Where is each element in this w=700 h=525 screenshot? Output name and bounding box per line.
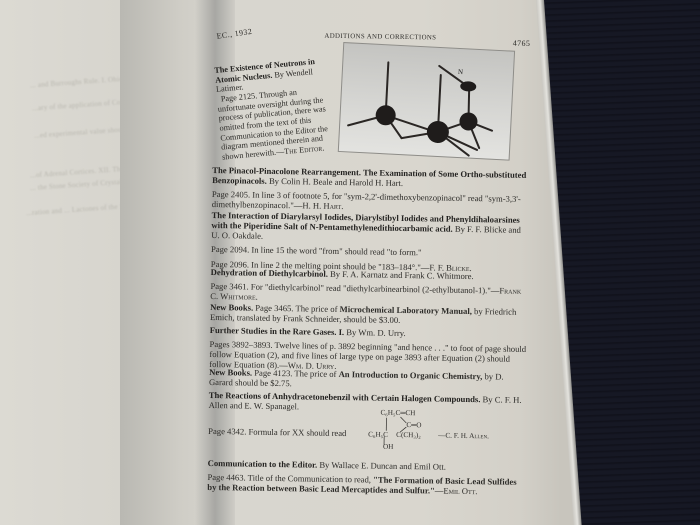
erratum-entry: The Pinacol-Pinacolone Rearrangement. Th…: [212, 165, 531, 215]
entry-title: New Books.: [210, 302, 253, 313]
entry-title: New Books.: [209, 367, 252, 378]
erratum-entry: Dehydration of Diethylcarbinol. By F. A.…: [210, 267, 529, 306]
formula-bonds-icon: [368, 414, 428, 447]
erratum-entry: The Interaction of Diarylarsyl Iodides, …: [211, 210, 530, 274]
page-content: EC., 1932 Additions and Corrections 4765: [207, 0, 535, 525]
entry-byline: By Colin H. Beale and Harold H. Hart.: [269, 176, 403, 188]
entry-body: Page 4342. Formula for XX should read: [208, 426, 348, 438]
entry-byline: By Wm. D. Urry.: [346, 327, 406, 338]
entry-title: Further Studies in the Rare Gases. I.: [210, 325, 344, 337]
entry-title: Communication to the Editor.: [208, 458, 318, 470]
formula-caption: Page 4342. Formula for XX should read: [208, 426, 348, 438]
tetrahedral-model-icon: N: [339, 43, 514, 159]
erratum-entry: The Reactions of Anhydracetonebenzil wit…: [209, 390, 527, 415]
entry-byline: By Wallace E. Duncan and Emil Ott.: [319, 460, 446, 472]
erratum-entry: The Existence of Neutrons in Atomic Nucl…: [214, 56, 340, 163]
entry-signature: —H. H. Hart.: [294, 201, 344, 212]
entry-title: Dehydration of Diethylcarbinol.: [211, 267, 328, 279]
page-number: 4765: [513, 39, 531, 49]
molecular-model-figure: N: [338, 42, 515, 161]
running-head-title: Additions and Corrections: [324, 33, 436, 43]
entry-signature: —Emil Ott.: [435, 486, 478, 497]
entry-body: Pages 3892–3893. Twelve lines of p. 3892…: [209, 339, 526, 370]
ghost-text-line: ... and Burroughs Rule. I. Ohio ...: [30, 74, 131, 89]
entry-body: Page 2405. In line 3 of footnote 5, for …: [212, 189, 521, 210]
entry-signature: —C. F. H. Allen.: [438, 432, 489, 441]
erratum-entry: New Books. Page 4123. The price of An In…: [209, 367, 527, 392]
running-head-date: EC., 1932: [216, 27, 253, 41]
erratum-entry: Communication to the Editor. By Wallace …: [207, 458, 526, 497]
book-title: An Introduction to Organic Chemistry,: [339, 369, 483, 381]
running-head: EC., 1932 Additions and Corrections 4765: [215, 31, 535, 36]
erratum-entry: New Books. Page 3465. The price of Micro…: [210, 302, 528, 327]
figure-label: N: [458, 68, 463, 76]
